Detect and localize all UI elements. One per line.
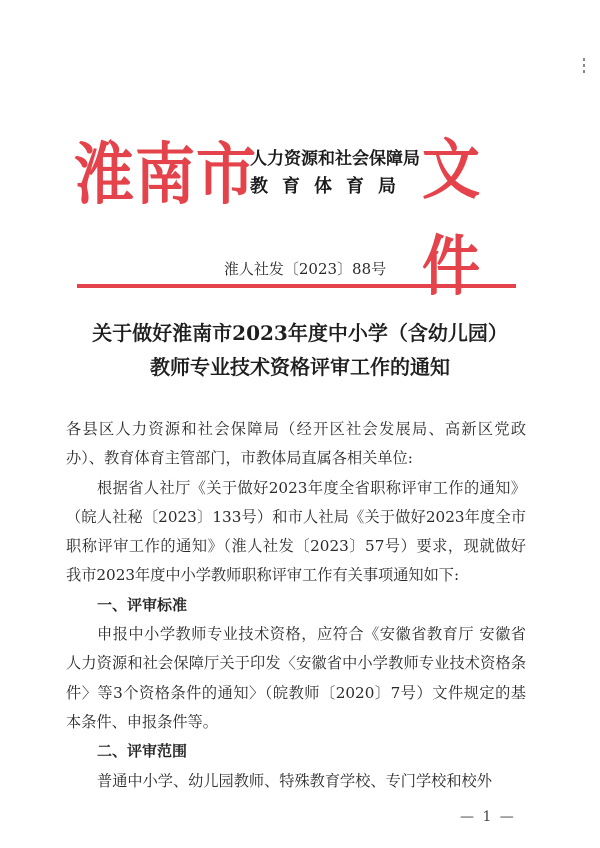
document-body: 各县区人力资源和社会保障局（经开区社会发展局、高新区党政办）、教育体育主管部门，…	[66, 415, 526, 796]
issuer-education-bureau: 教育体育局	[250, 172, 422, 202]
section-paragraph-1: 申报中小学教师专业技术资格，应符合《安徽省教育厅 安徽省人力资源和社会保障厅关于…	[66, 620, 526, 737]
document-title: 关于做好淮南市2023年度中小学（含幼儿园） 教师专业技术资格评审工作的通知	[60, 316, 540, 384]
section-heading-1: 一、评审标准	[66, 591, 526, 620]
scan-artifact	[583, 58, 585, 76]
addressee-paragraph: 各县区人力资源和社会保障局（经开区社会发展局、高新区党政办）、教育体育主管部门，…	[66, 415, 526, 474]
title-line-2: 教师专业技术资格评审工作的通知	[60, 350, 540, 384]
red-divider-line	[77, 284, 516, 288]
issuer-hrss-bureau: 人力资源和社会保障局	[250, 146, 422, 172]
masthead-city: 淮南市	[74, 127, 257, 223]
intro-paragraph: 根据省人社厅《关于做好2023年度全省职称评审工作的通知》（皖人社秘〔2023〕…	[66, 474, 526, 591]
section-paragraph-2: 普通中小学、幼儿园教师、特殊教育学校、专门学校和校外	[66, 767, 526, 796]
page-number: — 1 —	[460, 807, 516, 827]
document-masthead: 淮南市 人力资源和社会保障局 教育体育局 文件	[74, 132, 534, 218]
document-number: 淮人社发〔2023〕88号	[0, 258, 600, 280]
title-line-1: 关于做好淮南市2023年度中小学（含幼儿园）	[60, 316, 540, 350]
masthead-issuers: 人力资源和社会保障局 教育体育局	[250, 146, 422, 202]
section-heading-2: 二、评审范围	[66, 737, 526, 766]
